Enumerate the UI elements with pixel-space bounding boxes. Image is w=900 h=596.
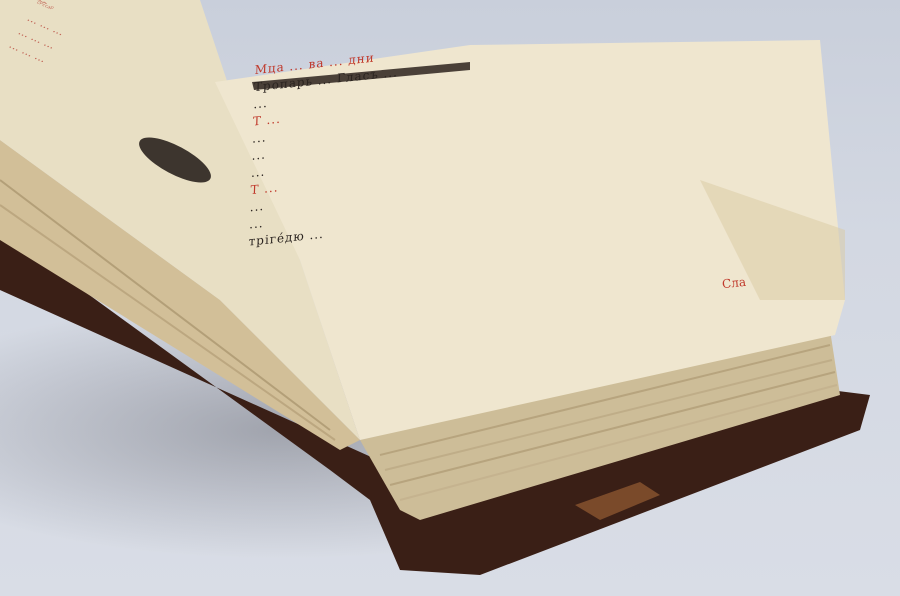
right-page-text: Мца ... ва ... дни Тропарь ... Гласъ ...… bbox=[244, 0, 851, 365]
catchword: Сла bbox=[721, 275, 746, 291]
book-photo: ⷭ҇ ⷬ ⷭ҇ ⷭ ⷶ ⷬ ··· ··· ··· ··· ··· ··· ··… bbox=[0, 0, 900, 596]
